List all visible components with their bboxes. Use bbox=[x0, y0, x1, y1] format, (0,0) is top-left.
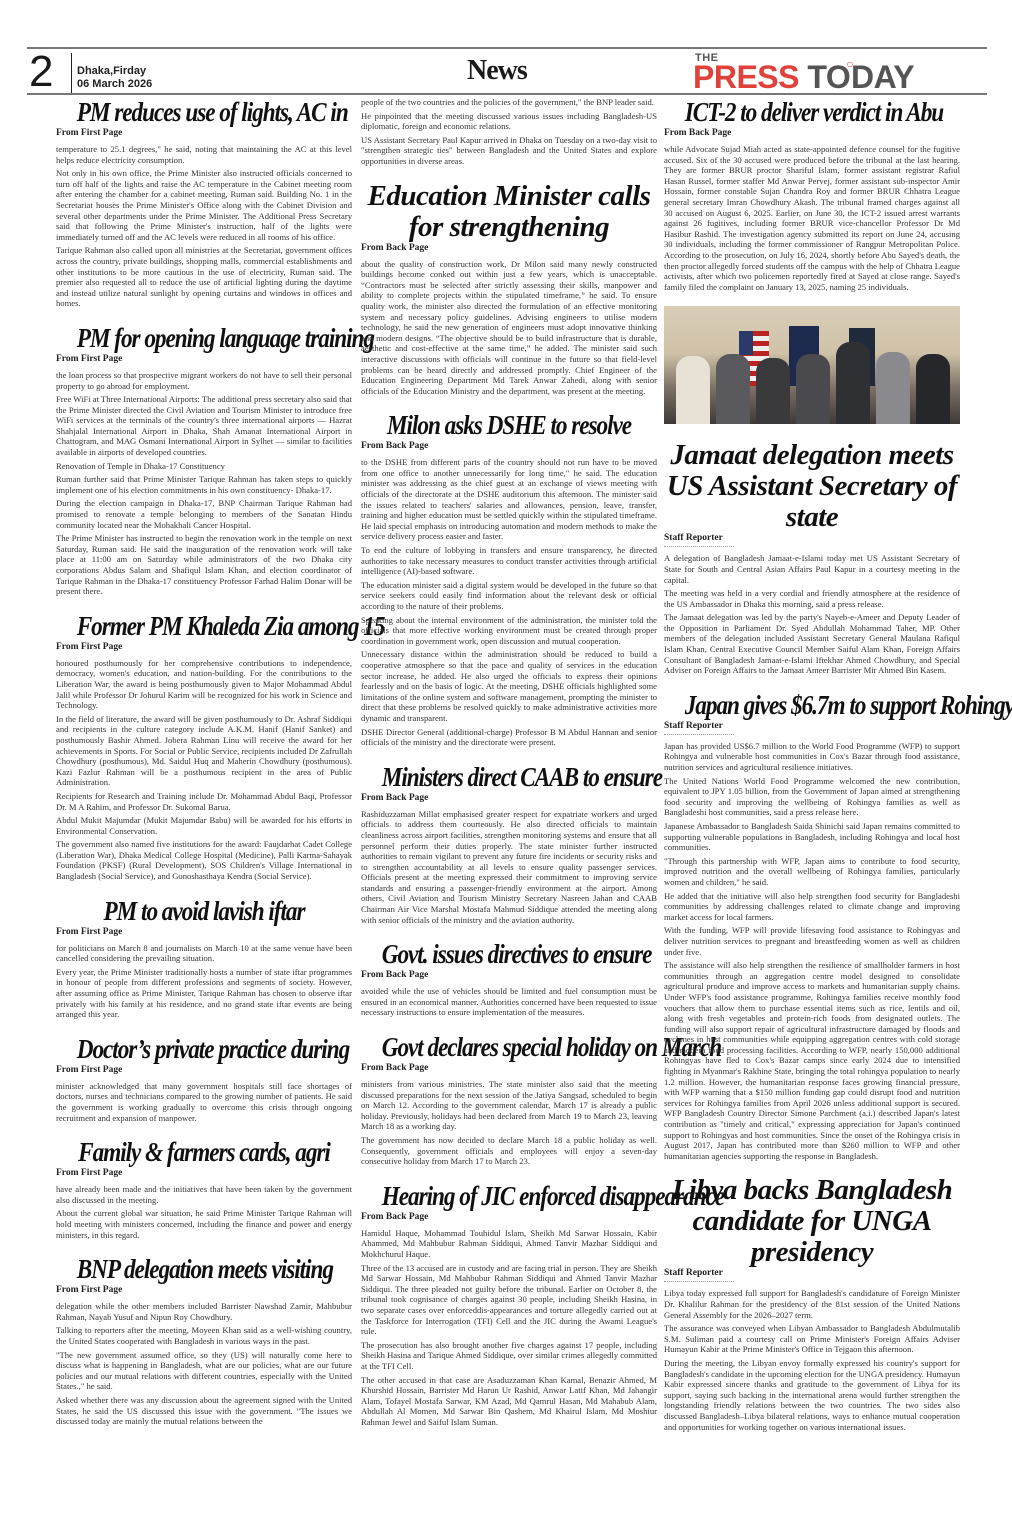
person-figure bbox=[676, 356, 710, 424]
byline: From Back Page bbox=[361, 441, 657, 451]
person-figure bbox=[876, 352, 910, 424]
article: PM for opening language trainingFrom Fir… bbox=[56, 323, 352, 597]
paragraph: have already been made and the initiativ… bbox=[56, 1184, 352, 1205]
person-figure bbox=[916, 354, 950, 424]
paragraph: the loan process so that prospective mig… bbox=[56, 370, 352, 391]
article: people of the two countries and the poli… bbox=[361, 97, 657, 167]
paragraph: To end the culture of lobbying in transf… bbox=[361, 545, 657, 577]
article: Govt declares special holiday on MarchFr… bbox=[361, 1032, 657, 1167]
article-body: Libya today expressed full support for B… bbox=[664, 1288, 960, 1432]
paragraph: Japan has provided US$6.7 million to the… bbox=[664, 741, 960, 773]
paragraph: The meeting was held in a very cordial a… bbox=[664, 588, 960, 609]
byline: From First Page bbox=[56, 354, 352, 364]
page-number: 2 bbox=[29, 49, 53, 95]
divider bbox=[71, 53, 72, 93]
delegation-photo bbox=[664, 306, 960, 424]
person-figure bbox=[756, 358, 790, 424]
paragraph: The Prime Minister has instructed to beg… bbox=[56, 533, 352, 597]
article-body: temperature to 25.1 degrees," he said, n… bbox=[56, 144, 352, 309]
paragraph: Asked whether there was any discussion a… bbox=[56, 1395, 352, 1427]
paragraph: Three of the 13 accused are in custody a… bbox=[361, 1263, 657, 1337]
headline[interactable]: Milon asks DSHE to resolve bbox=[382, 410, 637, 441]
headline[interactable]: Govt. issues directives to ensure bbox=[382, 939, 637, 970]
paragraph: The education minister said a digital sy… bbox=[361, 580, 657, 612]
article: Libya backs Bangladesh candidate for UNG… bbox=[664, 1175, 960, 1432]
paragraph: Every year, the Prime Minister tradition… bbox=[56, 967, 352, 1020]
article-body: for politicians on March 8 and journalis… bbox=[56, 943, 352, 1020]
person-figure bbox=[836, 342, 870, 424]
paragraph: Unnecessary distance within the administ… bbox=[361, 649, 657, 723]
paragraph: The Jamaat delegation was led by the par… bbox=[664, 612, 960, 676]
paragraph: temperature to 25.1 degrees," he said, n… bbox=[56, 144, 352, 165]
article: Govt. issues directives to ensureFrom Ba… bbox=[361, 939, 657, 1018]
paragraph: Talking to reporters after the meeting, … bbox=[56, 1325, 352, 1346]
byline: From First Page bbox=[56, 642, 352, 652]
paragraph: During the election campaign in Dhaka-17… bbox=[56, 498, 352, 530]
paragraph: people of the two countries and the poli… bbox=[361, 97, 657, 108]
byline-rule bbox=[664, 546, 734, 547]
byline: From First Page bbox=[56, 927, 352, 937]
headline[interactable]: Japan gives $6.7m to support Rohingyas bbox=[685, 690, 940, 721]
byline: From Back Page bbox=[361, 1063, 657, 1073]
section-title: News bbox=[467, 55, 527, 87]
paragraph: A delegation of Bangladesh Jamaat-e-Isla… bbox=[664, 553, 960, 585]
paragraph: Rashiduzzaman Millat emphasised greater … bbox=[361, 809, 657, 926]
article-body: Japan has provided US$6.7 million to the… bbox=[664, 741, 960, 1162]
article: Jamaat delegation meets US Assistant Sec… bbox=[664, 440, 960, 676]
paragraph: The government has now decided to declar… bbox=[361, 1135, 657, 1167]
article: Milon asks DSHE to resolveFrom Back Page… bbox=[361, 410, 657, 747]
headline[interactable]: Hearing of JIC enforced disappearance bbox=[382, 1181, 637, 1212]
paragraph: Libya today expressed full support for B… bbox=[664, 1288, 960, 1320]
article: PM to avoid lavish iftarFrom First Pagef… bbox=[56, 896, 352, 1020]
article-body: delegation while the other members inclu… bbox=[56, 1301, 352, 1427]
byline: From First Page bbox=[56, 128, 352, 138]
paragraph: Free WiFi at Three International Airport… bbox=[56, 394, 352, 458]
logo-day: DAY bbox=[851, 59, 914, 95]
article-body: have already been made and the initiativ… bbox=[56, 1184, 352, 1240]
person-figure bbox=[716, 354, 750, 424]
logo-to: TO bbox=[807, 59, 850, 95]
headline[interactable]: Libya backs Bangladesh candidate for UNG… bbox=[664, 1175, 960, 1268]
paragraph: The other accused in that case are Asadu… bbox=[361, 1375, 657, 1428]
article: BNP delegation meets visitingFrom First … bbox=[56, 1254, 352, 1427]
column-1: PM reduces use of lights, AC inFrom Firs… bbox=[56, 97, 352, 1441]
date: 06 March 2026 bbox=[77, 78, 152, 91]
article: ICT-2 to deliver verdict in AbuFrom Back… bbox=[664, 97, 960, 292]
paragraph: Recipients for Research and Training inc… bbox=[56, 791, 352, 812]
byline-rule bbox=[664, 734, 734, 735]
paragraph: for politicians on March 8 and journalis… bbox=[56, 943, 352, 964]
paragraph: about the quality of construction work, … bbox=[361, 259, 657, 397]
article-body: minister acknowledged that many governme… bbox=[56, 1081, 352, 1123]
byline: From Back Page bbox=[664, 128, 960, 138]
article: Family & farmers cards, agriFrom First P… bbox=[56, 1137, 352, 1240]
logo-wordmark: PRESS TO○DAY bbox=[693, 57, 914, 96]
headline[interactable]: Ministers direct CAAB to ensure bbox=[382, 762, 637, 793]
article-body: while Advocate Sujad Miah acted as state… bbox=[664, 144, 960, 292]
headline[interactable]: BNP delegation meets visiting bbox=[77, 1254, 332, 1285]
column-2: people of the two countries and the poli… bbox=[361, 97, 657, 1441]
article: Education Minister calls for strengtheni… bbox=[361, 181, 657, 397]
article: Doctor’s private practice duringFrom Fir… bbox=[56, 1034, 352, 1123]
paragraph: The assurance was conveyed when Libyan A… bbox=[664, 1323, 960, 1355]
article-body: avoided while the use of vehicles should… bbox=[361, 986, 657, 1018]
paragraph: Ruman further said that Prime Minister T… bbox=[56, 474, 352, 495]
column-3: ICT-2 to deliver verdict in AbuFrom Back… bbox=[664, 97, 960, 1446]
headline[interactable]: PM to avoid lavish iftar bbox=[77, 896, 332, 927]
byline: Staff Reporter bbox=[664, 1268, 960, 1278]
article-body: people of the two countries and the poli… bbox=[361, 97, 657, 167]
press-today-logo: THE PRESS TO○DAY bbox=[687, 49, 987, 93]
logo-press: PRESS bbox=[693, 59, 799, 95]
paragraph: delegation while the other members inclu… bbox=[56, 1301, 352, 1322]
headline[interactable]: Family & farmers cards, agri bbox=[77, 1137, 332, 1168]
paragraph: "The new government assumed office, so t… bbox=[56, 1350, 352, 1392]
byline: From Back Page bbox=[361, 1212, 657, 1222]
dateline: Dhaka,Firday 06 March 2026 bbox=[77, 65, 152, 91]
paragraph: The government also named five instituti… bbox=[56, 839, 352, 881]
paragraph: The assistance will also help strengthen… bbox=[664, 960, 960, 1161]
person-figure bbox=[796, 354, 830, 424]
byline: From Back Page bbox=[361, 243, 657, 253]
paragraph: In the field of literature, the award wi… bbox=[56, 714, 352, 788]
paragraph: honoured posthumously for her comprehens… bbox=[56, 658, 352, 711]
article-body: ministers from various ministries. The s… bbox=[361, 1079, 657, 1167]
headline[interactable]: ICT-2 to deliver verdict in Abu bbox=[685, 97, 940, 128]
article: Ministers direct CAAB to ensureFrom Back… bbox=[361, 762, 657, 926]
byline: Staff Reporter bbox=[664, 533, 960, 543]
paragraph: minister acknowledged that many governme… bbox=[56, 1081, 352, 1123]
paragraph: avoided while the use of vehicles should… bbox=[361, 986, 657, 1018]
paragraph: ministers from various ministries. The s… bbox=[361, 1079, 657, 1132]
paragraph: US Assistant Secretary Paul Kapur arrive… bbox=[361, 135, 657, 167]
article-body: Rashiduzzaman Millat emphasised greater … bbox=[361, 809, 657, 926]
paragraph: He added that the initiative will also h… bbox=[664, 891, 960, 923]
paragraph: During the meeting, the Libyan envoy for… bbox=[664, 1358, 960, 1432]
byline: From Back Page bbox=[361, 793, 657, 803]
article-body: to the DSHE from different parts of the … bbox=[361, 457, 657, 747]
paragraph: Abdul Mukit Majumdar (Mukit Majumdar Bab… bbox=[56, 815, 352, 836]
article-body: honoured posthumously for her comprehens… bbox=[56, 658, 352, 882]
byline-rule bbox=[664, 1281, 734, 1282]
headline[interactable]: Govt declares special holiday on March bbox=[382, 1032, 637, 1063]
city-day: Dhaka,Firday bbox=[77, 65, 152, 78]
article: Hearing of JIC enforced disappearanceFro… bbox=[361, 1181, 657, 1428]
paragraph: The prosecution has also brought another… bbox=[361, 1340, 657, 1372]
headline[interactable]: Former PM Khaleda Zia among 15 bbox=[77, 611, 332, 642]
paragraph: Hamidul Haque, Mohammad Touhidul Islam, … bbox=[361, 1228, 657, 1260]
paragraph: He pinpointed that the meeting discussed… bbox=[361, 111, 657, 132]
article-body: about the quality of construction work, … bbox=[361, 259, 657, 397]
article-body: the loan process so that prospective mig… bbox=[56, 370, 352, 597]
article: PM reduces use of lights, AC inFrom Firs… bbox=[56, 97, 352, 309]
headline[interactable]: Doctor’s private practice during bbox=[77, 1034, 332, 1065]
paragraph: With the funding, WFP will provide lifes… bbox=[664, 925, 960, 957]
article-body: A delegation of Bangladesh Jamaat-e-Isla… bbox=[664, 553, 960, 676]
paragraph: The United Nations World Food Programme … bbox=[664, 776, 960, 818]
headline[interactable]: Jamaat delegation meets US Assistant Sec… bbox=[664, 440, 960, 533]
byline: Staff Reporter bbox=[664, 721, 960, 731]
article: Japan gives $6.7m to support RohingyasSt… bbox=[664, 690, 960, 1162]
byline: From Back Page bbox=[361, 970, 657, 980]
article-body: Hamidul Haque, Mohammad Touhidul Islam, … bbox=[361, 1228, 657, 1428]
paragraph: Renovation of Temple in Dhaka-17 Constit… bbox=[56, 461, 352, 472]
byline: From First Page bbox=[56, 1285, 352, 1295]
paragraph: Speaking about the internal environment … bbox=[361, 615, 657, 647]
masthead: 2 Dhaka,Firday 06 March 2026 News THE PR… bbox=[27, 47, 987, 95]
headline[interactable]: PM reduces use of lights, AC in bbox=[77, 97, 332, 128]
paragraph: Tarique Rahman also called upon all mini… bbox=[56, 245, 352, 309]
headline[interactable]: PM for opening language training bbox=[77, 323, 332, 354]
paragraph: "Through this partnership with WFP, Japa… bbox=[664, 856, 960, 888]
paragraph: while Advocate Sujad Miah acted as state… bbox=[664, 144, 960, 292]
paragraph: About the current global war situation, … bbox=[56, 1208, 352, 1240]
paragraph: Not only in his own office, the Prime Mi… bbox=[56, 168, 352, 242]
paragraph: to the DSHE from different parts of the … bbox=[361, 457, 657, 542]
byline: From First Page bbox=[56, 1065, 352, 1075]
byline: From First Page bbox=[56, 1168, 352, 1178]
paragraph: Japanese Ambassador to Bangladesh Saida … bbox=[664, 821, 960, 853]
article: Former PM Khaleda Zia among 15From First… bbox=[56, 611, 352, 882]
headline[interactable]: Education Minister calls for strengtheni… bbox=[361, 181, 657, 243]
paragraph: DSHE Director General (additional-charge… bbox=[361, 727, 657, 748]
